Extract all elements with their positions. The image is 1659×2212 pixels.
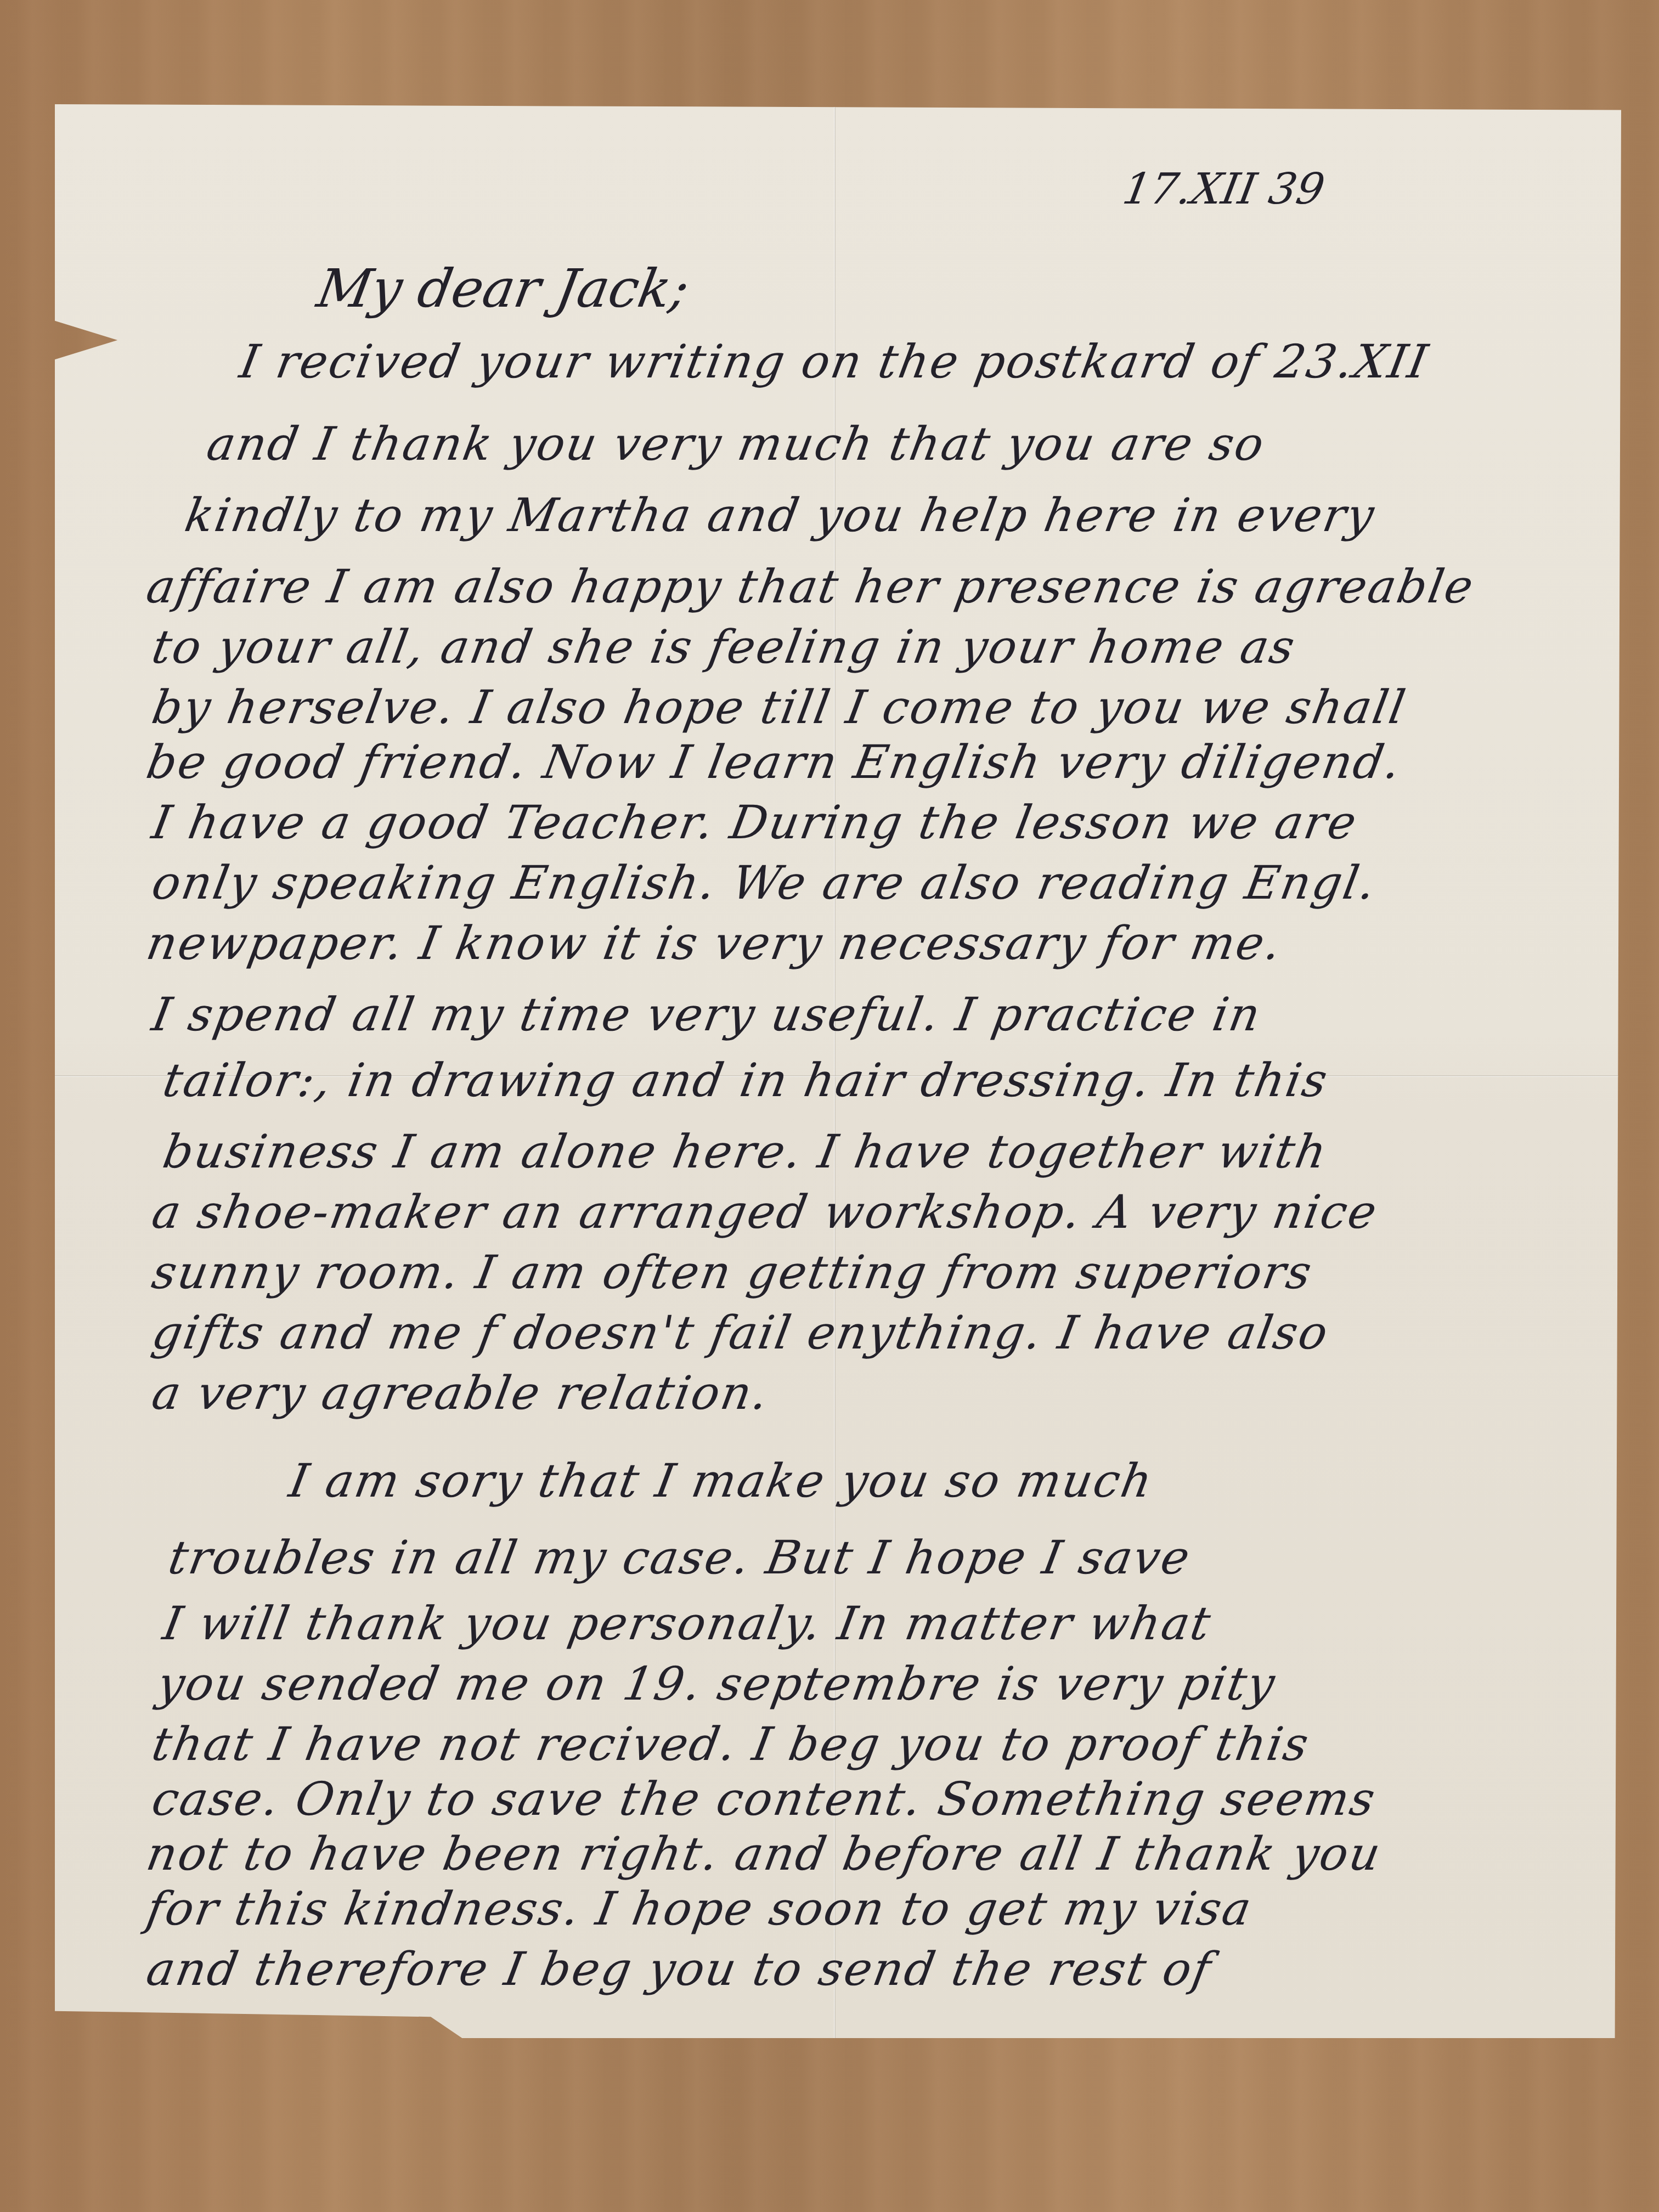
salutation: My dear Jack; [313,258,694,319]
body-line-1: I recived your writing on the postkard o… [236,335,1433,388]
body-line-8: I have a good Teacher. During the lesson… [148,795,1362,849]
body-line-17: a very agreable relation. [148,1366,774,1420]
body-line-14: a shoe-maker an arranged workshop. A ver… [148,1185,1383,1239]
body-line-6: by herselve. I also hope till I come to … [148,680,1410,734]
body-line-9: only speaking English. We are also readi… [148,856,1381,910]
body-line-12: tailor:, in drawing and in hair dressing… [159,1053,1333,1107]
letter-date: 17.XII 39 [1119,165,1328,214]
body-line-23: case. Only to save the content. Somethin… [148,1772,1380,1826]
body-line-19: troubles in all my case. But I hope I sa… [165,1531,1195,1584]
body-line-22: that I have not recived. I beg you to pr… [148,1717,1314,1771]
body-line-15: sunny room. I am often getting from supe… [148,1245,1317,1299]
body-line-10: newpaper. I know it is very necessary fo… [143,916,1286,970]
body-line-25: for this kindness. I hope soon to get my… [143,1882,1256,1936]
body-line-4: affaire I am also happy that her presenc… [143,560,1479,613]
body-line-7: be good friend. Now I learn English very… [143,735,1406,789]
body-line-26: and therefore I beg you to send the rest… [143,1942,1216,1996]
body-line-18: I am sory that I make you so much [285,1454,1158,1508]
body-line-3: kindly to my Martha and you help here in… [181,488,1380,542]
body-line-13: business I am alone here. I have togethe… [159,1125,1332,1178]
body-line-20: I will thank you personaly. In matter wh… [159,1596,1216,1650]
body-line-11: I spend all my time very useful. I pract… [148,988,1266,1041]
body-line-16: gifts and me f doesn't fail enything. I … [148,1306,1333,1359]
body-line-2: and I thank you very much that you are s… [203,417,1269,471]
body-line-24: not to have been right. and before all I… [143,1827,1386,1881]
body-line-5: to your all, and she is feeling in your … [148,620,1300,674]
body-line-21: you sended me on 19. septembre is very p… [154,1657,1280,1711]
